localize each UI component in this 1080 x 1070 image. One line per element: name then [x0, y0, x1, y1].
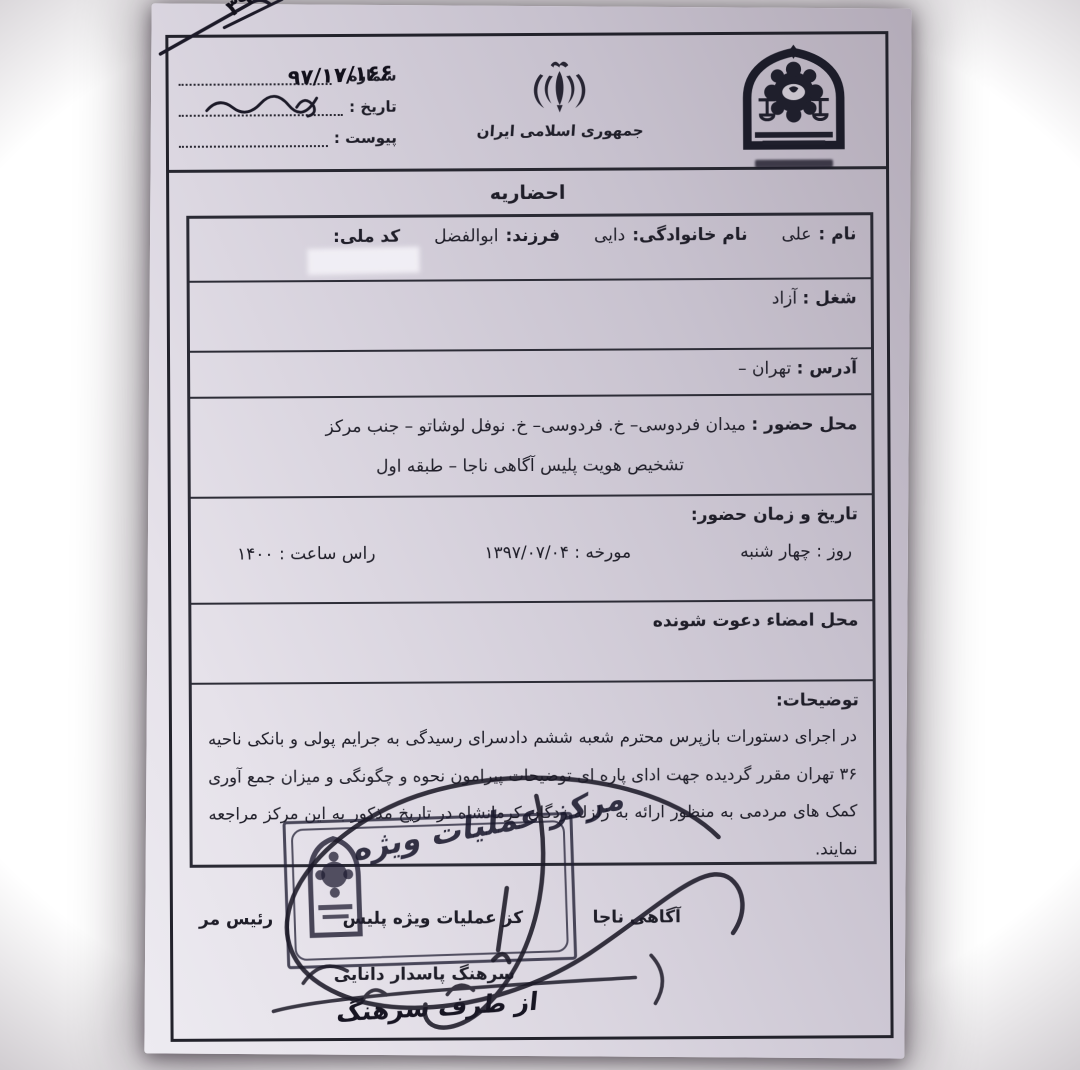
- address-value: تهران –: [738, 359, 791, 379]
- reference-fields: شماره : ۹۷/۱۷/۱۶۶ تاریخ : پیوست :: [179, 67, 397, 161]
- address-label: آدرس :: [797, 358, 858, 378]
- photocopy-border-frame: ۳۹ شماره : ۹۷/۱۷/۱۶۶ تاریخ :: [165, 31, 893, 1042]
- scanned-document: ۳۹ شماره : ۹۷/۱۷/۱۶۶ تاریخ :: [144, 3, 911, 1058]
- number-field: شماره : ۹۷/۱۷/۱۶۶: [179, 67, 397, 86]
- date2-value: ۱۳۹۷/۰۷/۰۴: [484, 543, 569, 563]
- family-label: نام خانوادگی:: [632, 225, 747, 246]
- date-dotted-line: [179, 100, 344, 117]
- occupation-value: آزاد: [772, 289, 797, 309]
- family-value: دایی: [594, 226, 625, 246]
- iran-emblem-block: جمهوری اسلامی ایران: [477, 57, 644, 140]
- naja-logo-icon: [727, 44, 860, 157]
- name-value: علی: [781, 225, 811, 245]
- name-label: نام :: [818, 224, 856, 244]
- document-title: احضاریه: [169, 169, 886, 215]
- time-value: ۱۴۰۰: [237, 544, 274, 564]
- signer-title-seg3: آگاهی ناجا: [592, 907, 681, 927]
- date2-label: مورخه :: [569, 542, 631, 562]
- row-occupation: شغل : آزاد: [190, 277, 871, 351]
- row-attendance-place: محل حضور : میدان فردوسی– خ. فردوسی– خ. ن…: [190, 393, 872, 497]
- father-label: فرزند:: [505, 226, 560, 246]
- handwritten-date-scribble: [201, 90, 341, 121]
- place-value-line2: تشخیص هویت پلیس آگاهی ناجا – طبقه اول: [202, 444, 857, 487]
- datetime-label: تاریخ و زمان حضور:: [691, 504, 858, 525]
- summons-form-table: نام :علی نام خانوادگی:دایی فرزند:ابوالفض…: [186, 212, 876, 868]
- row-invitee-signature: محل امضاء دعوت شونده: [191, 599, 872, 683]
- row-identity: نام :علی نام خانوادگی:دایی فرزند:ابوالفض…: [189, 215, 870, 281]
- attachment-field: پیوست :: [179, 129, 397, 148]
- place-label: محل حضور :: [751, 414, 857, 435]
- date-field: تاریخ :: [179, 98, 397, 117]
- national-id-label: کد ملی:: [333, 227, 400, 247]
- signer-title-seg1: رئیس مر: [199, 909, 273, 929]
- explanations-label: توضیحات:: [776, 690, 859, 710]
- naja-logo-caption-smudge: [755, 159, 833, 167]
- row-address: آدرس : تهران –: [190, 347, 871, 397]
- invitee-signature-label: محل امضاء دعوت شونده: [653, 610, 859, 631]
- day-label: روز :: [811, 541, 852, 561]
- place-value-line1: میدان فردوسی– خ. فردوسی– خ. نوفل لوشاتو …: [326, 415, 746, 437]
- attachment-dotted-line: [179, 131, 328, 148]
- official-stamp: مرکز عملیات ویژه: [282, 812, 577, 970]
- father-value: ابوالفضل: [434, 226, 498, 246]
- iran-emblem-icon: [523, 58, 597, 120]
- republic-title: جمهوری اسلامی ایران: [476, 121, 644, 140]
- naja-logo-block: [723, 44, 864, 168]
- handwritten-on-behalf-note: از طرف سرهنگ: [256, 982, 618, 1032]
- date-label: تاریخ :: [349, 98, 397, 116]
- occupation-label: شغل :: [802, 288, 856, 308]
- day-value: چهار شنبه: [740, 542, 811, 562]
- attachment-label: پیوست :: [334, 129, 397, 147]
- time-label: راس ساعت :: [274, 544, 376, 565]
- handwritten-number: ۹۷/۱۷/۱۶۶: [287, 60, 393, 90]
- national-id-redaction: [307, 247, 420, 276]
- row-attendance-datetime: تاریخ و زمان حضور: روز : چهار شنبه مورخه…: [191, 493, 873, 603]
